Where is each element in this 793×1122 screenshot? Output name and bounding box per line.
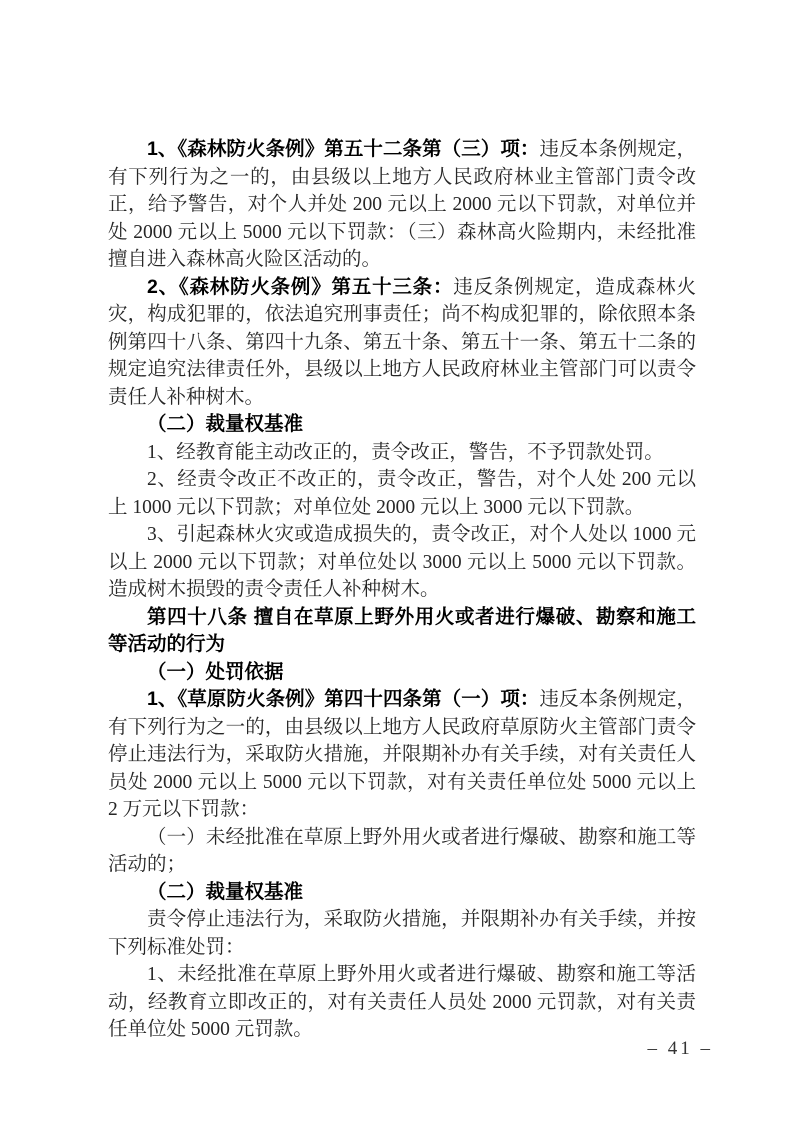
paragraph-text: 2、经责令改正不改正的，责令改正，警告，对个人处 200 元以上 1000 元以… bbox=[108, 469, 696, 518]
section-heading-text: （二）裁量权基准 bbox=[147, 881, 303, 903]
paragraph-text: （一）未经批准在草原上野外用火或者进行爆破、勘察和施工等活动的； bbox=[108, 827, 696, 876]
paragraph-text: 1、经教育能主动改正的，责令改正，警告，不予罚款处罚。 bbox=[147, 442, 664, 463]
paragraph: 2、经责令改正不改正的，责令改正，警告，对个人处 200 元以上 1000 元以… bbox=[108, 466, 696, 521]
section-heading: （二）裁量权基准 bbox=[108, 411, 696, 439]
paragraph: 1、《草原防火条例》第四十四条第（一）项：违反本条例规定，有下列行为之一的，由县… bbox=[108, 686, 696, 824]
paragraph-text: 责令停止违法行为，采取防火措施，并限期补办有关手续，并按下列标准处罚： bbox=[108, 909, 696, 958]
paragraph: 3、引起森林火灾或造成损失的，责令改正，对个人处以 1000 元以上 2000 … bbox=[108, 521, 696, 604]
section-heading: （一）处罚依据 bbox=[108, 659, 696, 687]
paragraph: 1、未经批准在草原上野外用火或者进行爆破、勘察和施工等活动，经教育立即改正的，对… bbox=[108, 961, 696, 1044]
document-page: 1、《森林防火条例》第五十二条第（三）项：违反本条例规定，有下列行为之一的，由县… bbox=[0, 0, 793, 1122]
paragraph-text: 3、引起森林火灾或造成损失的，责令改正，对个人处以 1000 元以上 2000 … bbox=[108, 524, 696, 600]
document-body: 1、《森林防火条例》第五十二条第（三）项：违反本条例规定，有下列行为之一的，由县… bbox=[108, 136, 696, 1044]
paragraph: （一）未经批准在草原上野外用火或者进行爆破、勘察和施工等活动的； bbox=[108, 824, 696, 879]
paragraph: 1、《森林防火条例》第五十二条第（三）项：违反本条例规定，有下列行为之一的，由县… bbox=[108, 136, 696, 274]
section-heading: （二）裁量权基准 bbox=[108, 879, 696, 907]
paragraph: 责令停止违法行为，采取防火措施，并限期补办有关手续，并按下列标准处罚： bbox=[108, 906, 696, 961]
paragraph-text: 1、未经批准在草原上野外用火或者进行爆破、勘察和施工等活动，经教育立即改正的，对… bbox=[108, 964, 696, 1040]
paragraph-lead: 1、《草原防火条例》第四十四条第（一）项： bbox=[147, 688, 540, 710]
paragraph-lead: 2、《森林防火条例》第五十三条： bbox=[147, 276, 453, 298]
page-number: – 41 – bbox=[648, 1038, 714, 1060]
paragraph: 1、经教育能主动改正的，责令改正，警告，不予罚款处罚。 bbox=[108, 439, 696, 467]
paragraph: 2、《森林防火条例》第五十三条：违反条例规定，造成森林火灾，构成犯罪的，依法追究… bbox=[108, 274, 696, 412]
article-heading-text: 第四十八条 擅自在草原上野外用火或者进行爆破、勘察和施工等活动的行为 bbox=[108, 606, 696, 656]
section-heading-text: （二）裁量权基准 bbox=[147, 413, 303, 435]
paragraph-lead: 1、《森林防火条例》第五十二条第（三）项： bbox=[147, 138, 540, 160]
section-heading-text: （一）处罚依据 bbox=[147, 661, 284, 683]
article-heading: 第四十八条 擅自在草原上野外用火或者进行爆破、勘察和施工等活动的行为 bbox=[108, 604, 696, 659]
